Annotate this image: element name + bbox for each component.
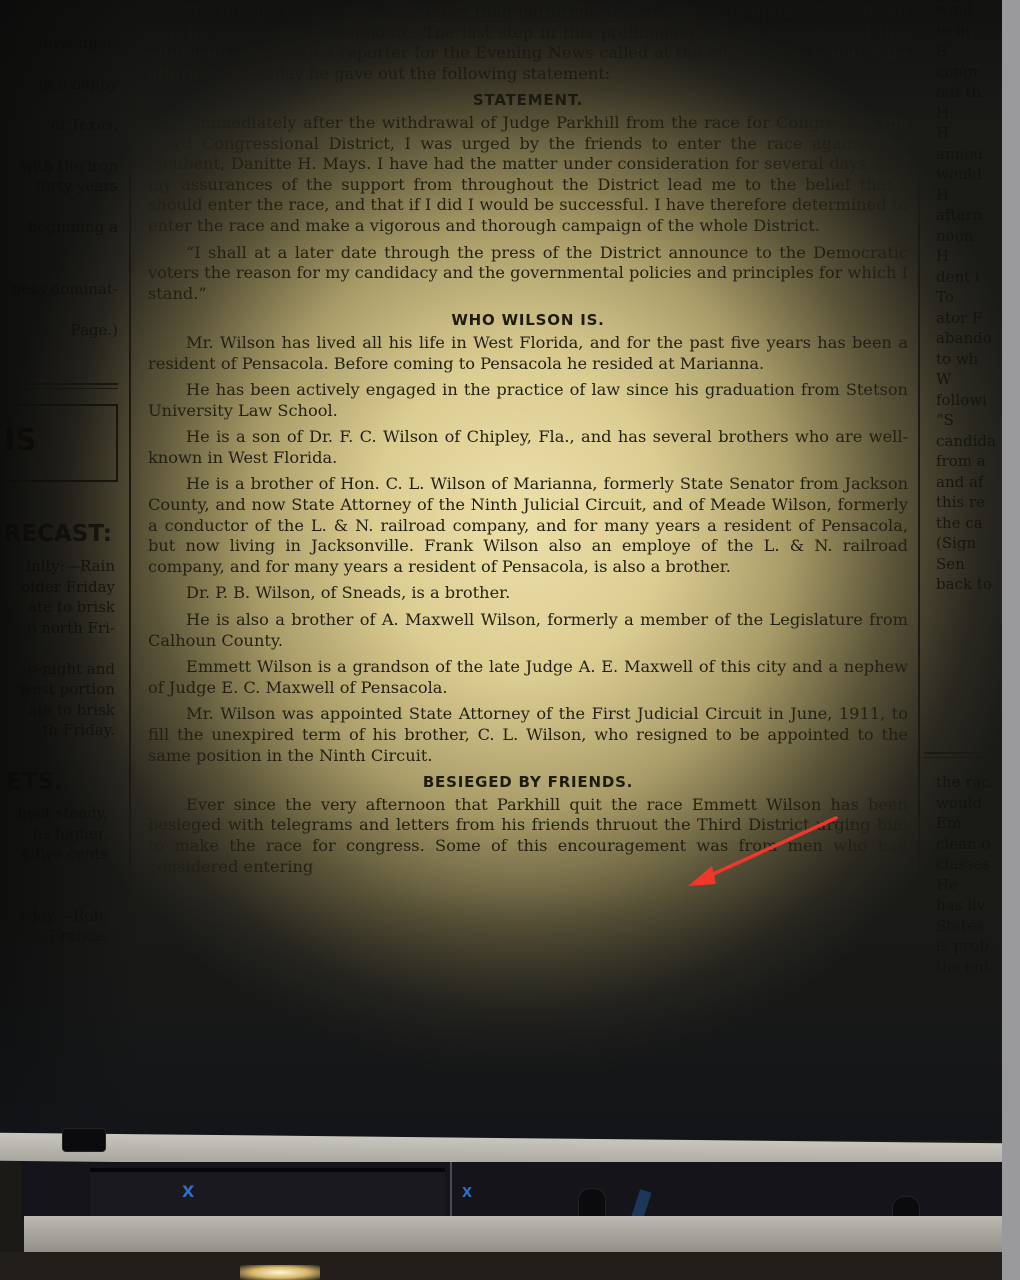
column-text-line: heat steady,	[0, 803, 108, 824]
microfilm-reader-photo: investigat- in a happy of Texas, with th…	[0, 0, 1002, 1280]
column-text-line: Sen	[936, 554, 1002, 575]
column-text-line: has liv	[936, 895, 1002, 916]
column-text-line: H	[936, 123, 1002, 144]
column-text-line: aftern	[936, 205, 1002, 226]
left-box-rule-top-1	[0, 383, 118, 385]
column-text-line: in a happy	[0, 74, 118, 95]
column-text-line: classes	[936, 854, 1002, 875]
column-text-line	[0, 197, 118, 218]
column-text-line: investigat-	[0, 33, 118, 54]
column-text-line: o north Fri-	[0, 618, 115, 639]
right-column-double-rule-2	[924, 757, 1002, 758]
column-text-line	[0, 238, 118, 259]
column-text-line: to hi	[936, 21, 1002, 42]
desk-surface	[0, 1252, 1002, 1280]
markets-text: heat steady,hs higher.o five cents sday.…	[0, 803, 108, 947]
column-text-line: ness dominat-	[0, 279, 118, 300]
column-text-line: ate to brisk	[0, 597, 115, 618]
left-box-rule-top-2	[0, 388, 118, 389]
column-text-line	[0, 12, 118, 33]
article-paragraph: Mr. Wilson was appointed State Attorney …	[148, 704, 908, 766]
column-text-line: and af	[936, 472, 1002, 493]
markets-heading: ETS.	[6, 768, 63, 796]
column-rule-left	[129, 0, 131, 980]
column-text-line: o-night and	[0, 659, 115, 680]
column-text-line: S	[936, 41, 1002, 62]
column-text-line: followi	[936, 390, 1002, 411]
column-text-line: o France,	[0, 926, 108, 947]
article-paragraph: He is a son of Dr. F. C. Wilson of Chipl…	[148, 427, 908, 468]
right-column-double-rule	[924, 752, 1002, 754]
column-text-line	[0, 94, 118, 115]
column-text-line: th Friday.	[0, 720, 115, 741]
film-carrier-tray	[90, 1168, 445, 1222]
column-text-line: noon	[936, 226, 1002, 247]
column-text-line: He	[936, 875, 1002, 896]
column-text-line: older Friday	[0, 577, 115, 598]
article-paragraph: Ever since the very afternoon that Parkh…	[148, 795, 908, 877]
x-label-left: X	[182, 1182, 194, 1201]
x-label-right: X	[462, 1186, 472, 1201]
column-text-line: the ent	[936, 957, 1002, 978]
column-text-line: with the iron	[0, 156, 118, 177]
column-text-line: the rac	[936, 772, 1002, 793]
left-box-heading: IS	[4, 424, 37, 458]
column-text-line: dent i	[936, 267, 1002, 288]
column-text-line: sday.—Rob-	[0, 906, 108, 927]
column-text-line: “S	[936, 410, 1002, 431]
column-text-line: H	[936, 103, 1002, 124]
column-text-line: woul	[936, 0, 1002, 21]
column-text-line: back to	[936, 574, 1002, 595]
article-main-column: His prospects are said to be more than f…	[148, 2, 908, 883]
left-box: IS	[0, 404, 118, 482]
column-text-line: beginning a	[0, 217, 118, 238]
desk-lamp-glow	[240, 1265, 320, 1280]
column-text-line: Page.)	[0, 320, 118, 341]
column-text-line	[0, 885, 108, 906]
column-text-line: Em	[936, 813, 1002, 834]
article-subheading: STATEMENT.	[148, 90, 908, 111]
article-paragraph: “Immediately after the withdrawal of Jud…	[148, 113, 908, 237]
column-text-line: States	[936, 916, 1002, 937]
column-text-line: abando	[936, 328, 1002, 349]
column-text-line: would	[936, 793, 1002, 814]
column-text-line: to wh	[936, 349, 1002, 370]
column-text-line: the ca	[936, 513, 1002, 534]
carrier-divider	[450, 1162, 452, 1218]
column-text-line: ate to brisk	[0, 700, 115, 721]
microfilm-screen: investigat- in a happy of Texas, with th…	[0, 0, 1002, 1140]
forecast-text: inity:—Rainolder Fridayate to brisko nor…	[0, 556, 115, 741]
article-paragraph: Dr. P. B. Wilson, of Sneads, is a brothe…	[148, 583, 908, 604]
right-column-fragment-top: woulto hiScongrout thHHannouwouldHaftern…	[936, 0, 1002, 595]
column-text-line: inity:—Rain	[0, 556, 115, 577]
column-text-line: clean o	[936, 834, 1002, 855]
column-text-line: To	[936, 287, 1002, 308]
column-text-line: ator F	[936, 308, 1002, 329]
column-rule-right	[918, 0, 920, 1000]
forecast-heading: RECAST:	[4, 520, 112, 548]
column-text-line: (Sign	[936, 533, 1002, 554]
column-text-line	[0, 638, 115, 659]
column-text-line: o five cents	[0, 844, 108, 865]
right-column-fragment-bottom: the racwouldEmclean oclassesHehas livSta…	[936, 772, 1002, 977]
column-text-line: would	[936, 164, 1002, 185]
column-text-line: W	[936, 369, 1002, 390]
column-text-line: is prob	[936, 936, 1002, 957]
column-text-line: of Texas,	[0, 115, 118, 136]
column-text-line: candida	[936, 431, 1002, 452]
column-text-line: hs higher.	[0, 824, 108, 845]
column-text-line: from a	[936, 451, 1002, 472]
film-carrier-slot: X X	[22, 1162, 1002, 1220]
article-paragraph: He is a brother of Hon. C. L. Wilson of …	[148, 474, 908, 577]
article-paragraph: He is also a brother of A. Maxwell Wilso…	[148, 610, 908, 651]
column-text-line	[0, 299, 118, 320]
column-text-line: forty years	[0, 176, 118, 197]
column-text-line: west portion	[0, 679, 115, 700]
article-subheading: WHO WILSON IS.	[148, 310, 908, 331]
window-edge	[1002, 0, 1020, 1280]
article-paragraph: Emmett Wilson is a grandson of the late …	[148, 657, 908, 698]
column-text-line: this re	[936, 492, 1002, 513]
column-text-line: H	[936, 246, 1002, 267]
column-text-line	[0, 865, 108, 886]
column-text-line	[0, 53, 118, 74]
column-text-line: congr	[936, 62, 1002, 83]
column-text-line: out th	[936, 82, 1002, 103]
left-column-story-fragment: investigat- in a happy of Texas, with th…	[0, 12, 118, 340]
article-paragraph: He has been actively engaged in the prac…	[148, 380, 908, 421]
reader-base	[24, 1216, 1002, 1256]
article-subheading: BESIEGED BY FRIENDS.	[148, 772, 908, 793]
article-paragraph: His prospects are said to be more than f…	[148, 2, 908, 84]
article-paragraph: Mr. Wilson has lived all his life in Wes…	[148, 333, 908, 374]
column-text-line	[0, 258, 118, 279]
column-text-line: annou	[936, 144, 1002, 165]
article-paragraph: “I shall at a later date through the pre…	[148, 243, 908, 305]
column-text-line: H	[936, 185, 1002, 206]
bezel-clip-left	[62, 1128, 106, 1152]
column-text-line	[0, 135, 118, 156]
